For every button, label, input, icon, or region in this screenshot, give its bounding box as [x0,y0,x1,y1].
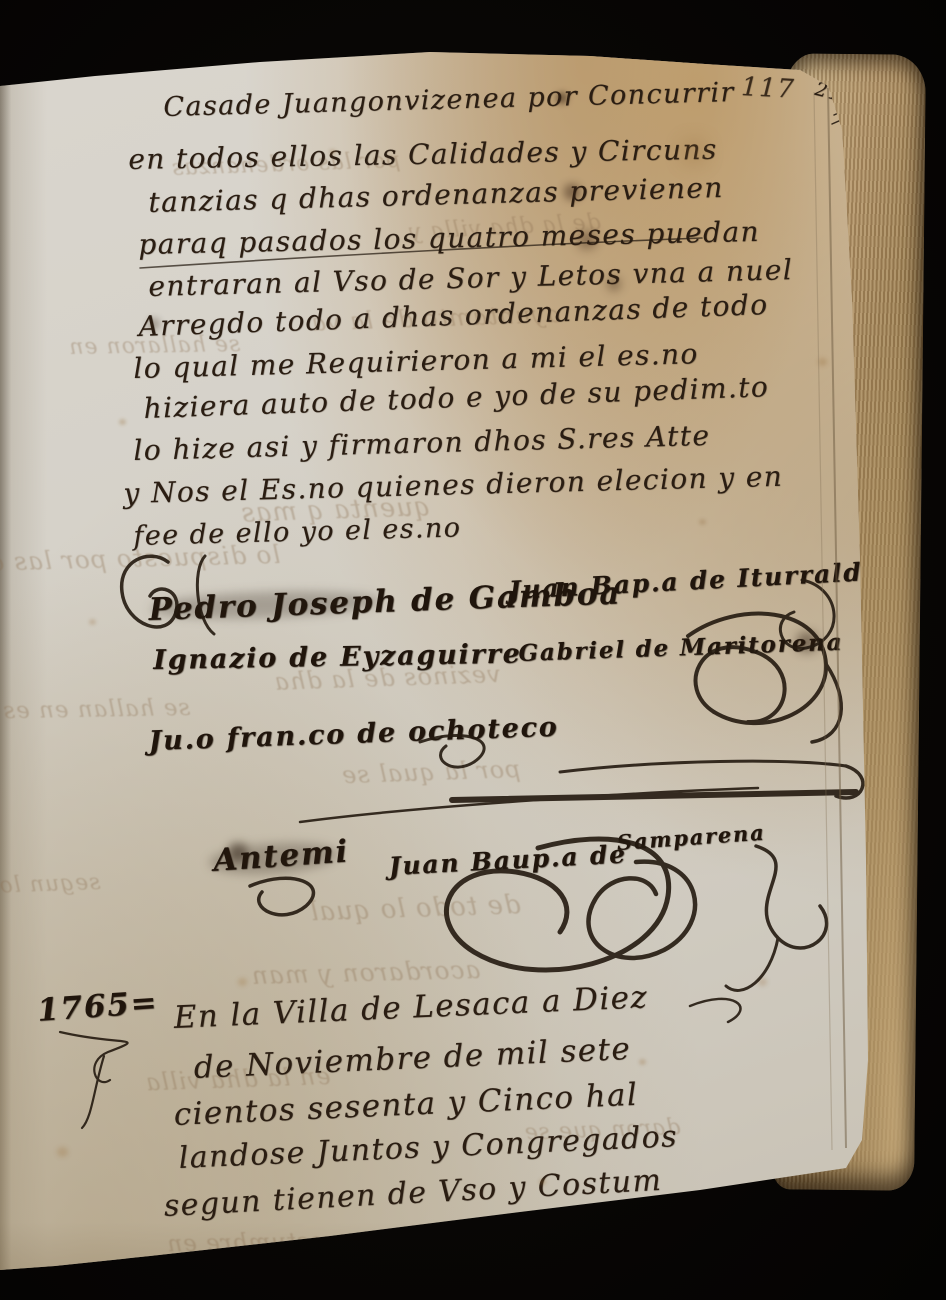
manuscript-line: y Nos el Es.no quienes dieron elecion y … [123,460,784,510]
signature: Juan Bap.a de Iturralde [508,557,881,605]
ink-blots [0,0,4,4]
manuscript-line: fee de ello yo el es.no [133,512,462,552]
signature: Ignazio de Eyzaguirre [153,639,522,676]
folio-number: 117 [740,72,795,105]
notary-signature: Juan Baup.a de [388,840,627,881]
notary-signature: Samparena [616,820,766,855]
manuscript-page: por las ordenanzas de la dha villa y ayu… [0,0,946,1300]
foxing-spots [0,0,5,4]
bleedthrough-line: segun lo an de uso [0,870,101,903]
entry-line: En la Villa de Lesaca a Diez [173,979,649,1036]
photo-background: por las ordenanzas de la dha villa y ayu… [0,0,946,1300]
signature: Ju.o fran.co de ochoteco [148,712,559,757]
bleedthrough-line: por la qual se [341,755,521,789]
margin-year: 1765= [36,985,159,1029]
bleedthrough-line: acordaron y man [250,955,480,990]
entry-line: de Noviembre de mil sete [193,1031,632,1086]
bleedthrough-line: y costumbre en [166,1228,360,1257]
bleedthrough-line: se hallan en es [2,695,190,724]
manuscript-line: Casade Juangonvizenea por Concurrir [163,77,735,123]
manuscript-line: lo hize asi y firmaron dhos S.res Atte [133,419,711,467]
manuscript-line: en todos ellos las Calidades y Circuns [128,133,718,176]
manuscript-line: paraq pasados los quatro meses puedan [138,215,760,261]
bleedthrough-line: de todo lo qual [309,890,521,927]
signature: Gabriel de Maritorena [518,629,844,667]
